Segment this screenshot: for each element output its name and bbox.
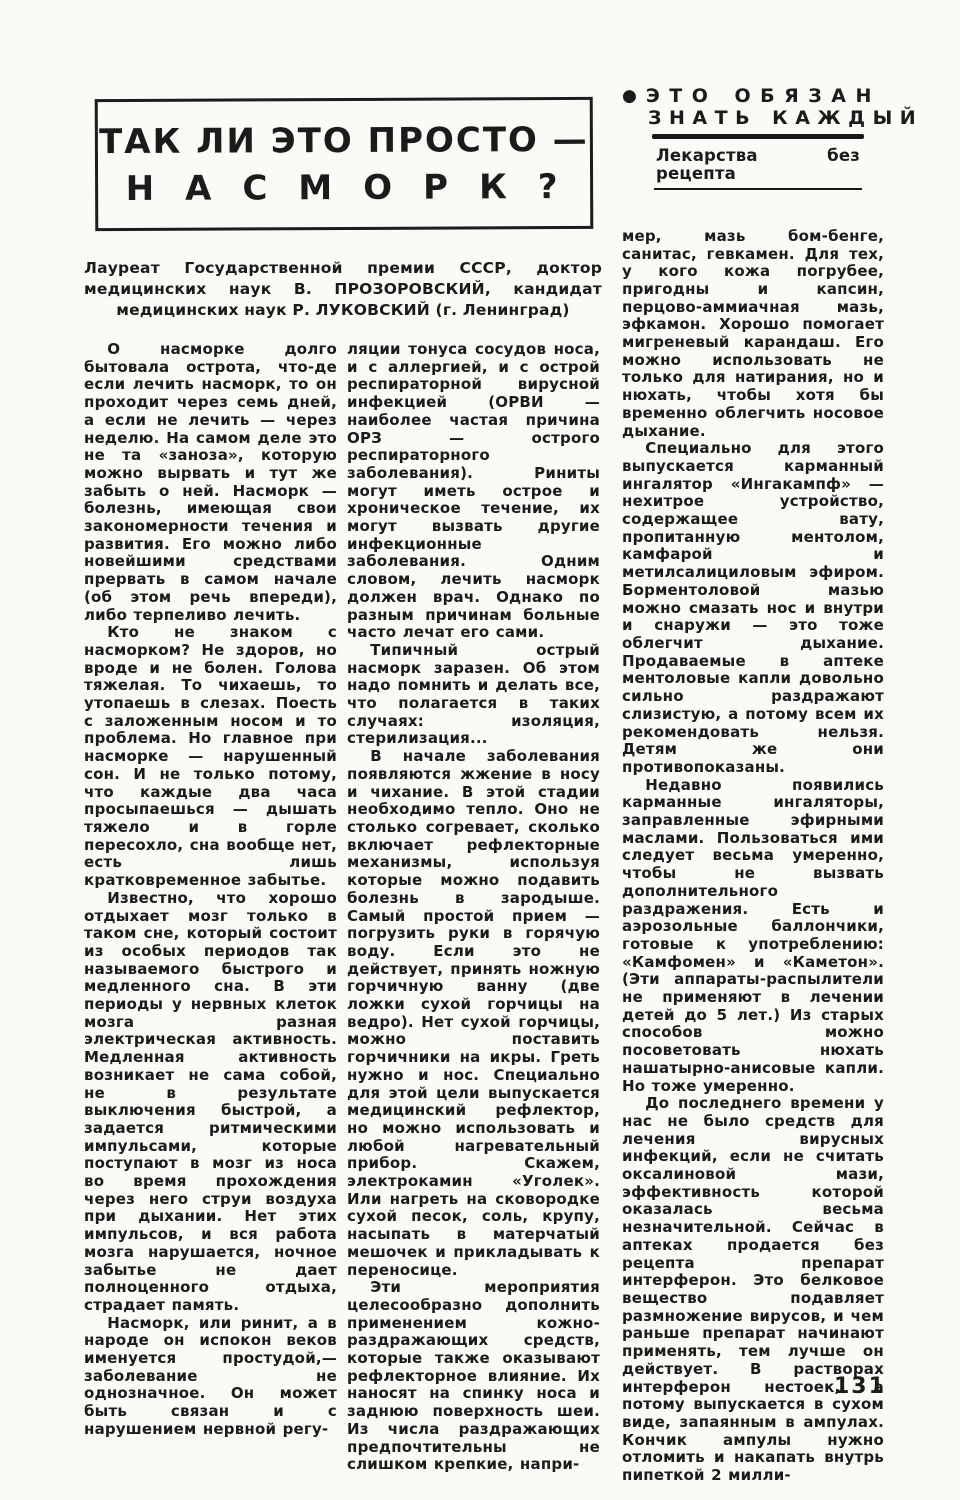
paragraph: Известно, что хорошо отдыхает мозг тольк… bbox=[84, 890, 337, 1315]
paragraph: О насморке долго бытовала острота, что-д… bbox=[84, 341, 337, 624]
magazine-page: ТАК ЛИ ЭТО ПРОСТО — НАСМОРК? Лауреат Гос… bbox=[0, 0, 960, 1500]
paragraph: Типичный острый насморк заразен. Об этом… bbox=[347, 642, 600, 748]
paragraph: мер, мазь бом-бенге, санитас, гевкамен. … bbox=[622, 228, 884, 440]
paragraph: Насморк, или ринит, а в народе он испоко… bbox=[84, 1315, 337, 1439]
text-column-left: О насморке долго бытовала острота, что-д… bbox=[84, 341, 337, 1439]
page-number: 131 bbox=[834, 1374, 886, 1399]
paragraph: Специально для этого выпускается карманн… bbox=[622, 440, 884, 776]
paragraph: Недавно появились карманные ингаляторы, … bbox=[622, 777, 884, 1096]
rubric-kicker-line1: ЭТО ОБЯЗАН bbox=[646, 88, 881, 106]
paragraph: Кто не знаком с насморком? Не здоров, но… bbox=[84, 624, 337, 890]
thick-rule bbox=[652, 134, 864, 139]
article-title-line1: ТАК ЛИ ЭТО ПРОСТО — bbox=[99, 119, 589, 161]
bullet-icon: ● bbox=[622, 88, 637, 105]
paragraph: Эти мероприятия целесообразно дополнить … bbox=[347, 1279, 600, 1474]
paragraph: ляции тонуса сосудов носа, и с аллергией… bbox=[347, 341, 600, 642]
rubric-kicker-row: ● ЭТО ОБЯЗАН bbox=[622, 88, 884, 106]
article-byline: Лауреат Государственной премии СССР, док… bbox=[84, 258, 602, 321]
article-title-line2: НАСМОРК? bbox=[100, 166, 589, 208]
article-title-box: ТАК ЛИ ЭТО ПРОСТО — НАСМОРК? bbox=[95, 97, 594, 231]
rubric-header: ● ЭТО ОБЯЗАН ЗНАТЬ КАЖДЫЙ Лекарства без … bbox=[622, 88, 884, 190]
paragraph: До последнего времени у нас не было сред… bbox=[622, 1095, 884, 1484]
text-column-middle: ляции тонуса сосудов носа, и с аллергией… bbox=[347, 341, 600, 1474]
thin-rule bbox=[654, 188, 862, 190]
rubric-kicker-line2: ЗНАТЬ КАЖДЫЙ bbox=[648, 110, 884, 128]
text-column-right: ● ЭТО ОБЯЗАН ЗНАТЬ КАЖДЫЙ Лекарства без … bbox=[622, 88, 884, 1485]
rubric-subheading: Лекарства без рецепта bbox=[656, 147, 860, 182]
paragraph: В начале заболевания появляются жжение в… bbox=[347, 748, 600, 1279]
